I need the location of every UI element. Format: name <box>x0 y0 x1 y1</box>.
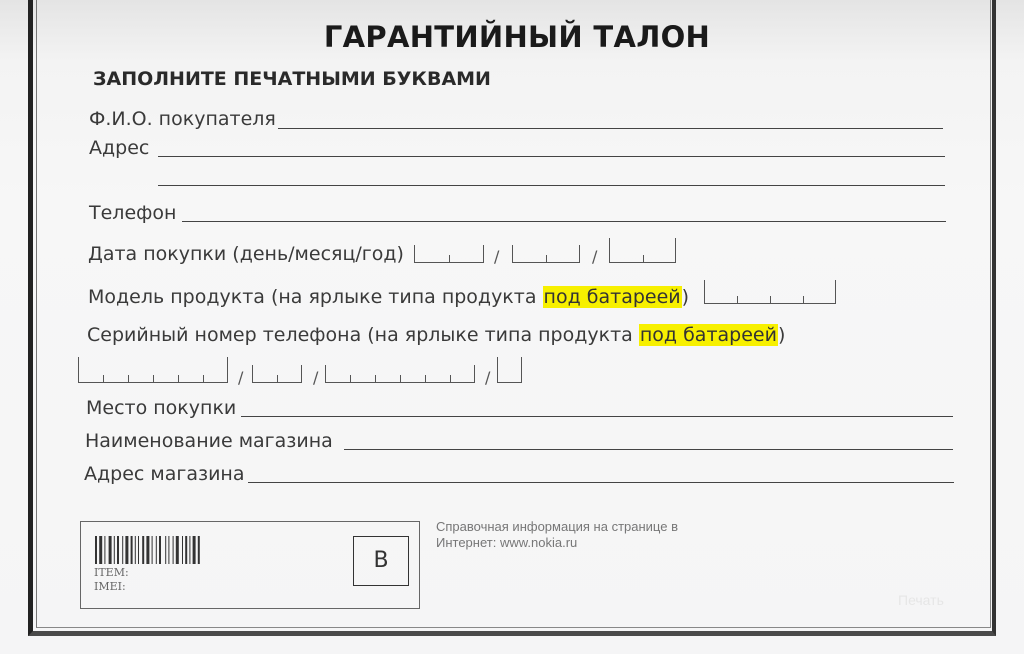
serial-label: Серийный номер телефона (на ярлыке типа … <box>87 324 785 346</box>
phone-label: Телефон <box>89 202 176 224</box>
model-highlight: под батареей <box>543 286 682 308</box>
form-title: ГАРАНТИЙНЫЙ ТАЛОН <box>0 20 1024 54</box>
purchase-date-year-field[interactable] <box>609 238 676 263</box>
purchase-place-field[interactable] <box>241 416 953 417</box>
serial-label-suffix: ) <box>778 324 785 346</box>
form-subtitle: ЗАПОЛНИТЕ ПЕЧАТНЫМИ БУКВАМИ <box>93 68 491 90</box>
phone-field[interactable] <box>182 221 946 222</box>
info-line-1: Справочная информация на странице в <box>436 519 678 535</box>
purchase-date-day-field[interactable] <box>414 245 484 263</box>
buyer-name-label: Ф.И.О. покупателя <box>89 108 276 130</box>
barcode-label: ITEM: IMEI: B <box>80 521 420 609</box>
info-text: Справочная информация на странице в Инте… <box>436 519 678 551</box>
imei-label: IMEI: <box>94 580 129 594</box>
address-label: Адрес <box>89 137 149 159</box>
address-field-line-2[interactable] <box>158 185 945 186</box>
serial-field-group-3[interactable] <box>325 365 475 383</box>
serial-field-group-1[interactable] <box>78 357 228 383</box>
buyer-name-field[interactable] <box>278 128 943 129</box>
model-label-text: Модель продукта (на ярлыке типа продукта <box>88 286 543 308</box>
purchase-place-label: Место покупки <box>86 397 236 419</box>
store-address-label: Адрес магазина <box>84 463 245 485</box>
print-label: Печать <box>898 592 944 608</box>
model-label: Модель продукта (на ярлыке типа продукта… <box>88 286 689 308</box>
purchase-date-label: Дата покупки (день/месяц/год) <box>88 243 404 265</box>
purchase-date-month-field[interactable] <box>512 245 580 263</box>
item-imei-labels: ITEM: IMEI: <box>94 566 129 594</box>
serial-label-text: Серийный номер телефона (на ярлыке типа … <box>87 324 639 346</box>
serial-highlight: под батареей <box>639 324 778 346</box>
serial-separator: / <box>313 368 318 387</box>
store-name-field[interactable] <box>344 449 953 450</box>
serial-field-group-2[interactable] <box>252 365 302 383</box>
barcode-icon <box>95 536 275 564</box>
model-field[interactable] <box>704 280 836 304</box>
date-separator: / <box>494 247 499 266</box>
model-label-suffix: ) <box>682 286 689 308</box>
serial-field-group-4[interactable] <box>497 357 522 383</box>
store-address-field[interactable] <box>248 482 954 483</box>
serial-separator: / <box>238 368 243 387</box>
address-field-line-1[interactable] <box>158 156 945 157</box>
category-badge: B <box>353 536 409 586</box>
serial-separator: / <box>485 368 490 387</box>
info-line-2: Интернет: www.nokia.ru <box>436 535 678 551</box>
item-label: ITEM: <box>94 566 129 580</box>
date-separator: / <box>592 247 597 266</box>
store-name-label: Наименование магазина <box>85 430 333 452</box>
